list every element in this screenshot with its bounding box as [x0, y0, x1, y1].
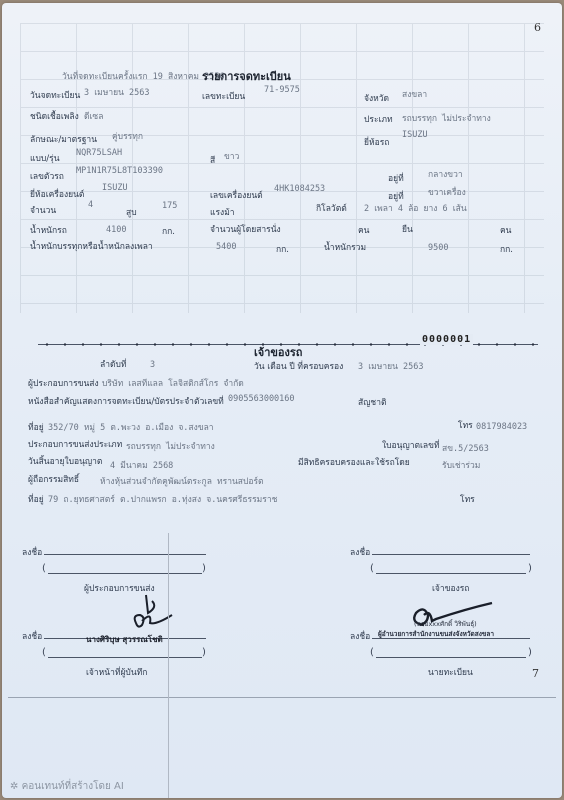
reg-date-label: วันจดทะเบียน — [30, 88, 80, 102]
seats-label: จำนวนผู้โดยสารนั่ง — [210, 222, 281, 236]
total-weight-value: 9500 — [428, 243, 448, 253]
operator-label: ผู้ประกอบการขนส่ง — [28, 376, 99, 390]
province-label: จังหวัด — [364, 91, 389, 105]
total-weight-unit: กก. — [500, 242, 513, 256]
phone-value: 0817984023 — [476, 422, 527, 432]
license-no-value: สข.5/2563 — [442, 441, 489, 455]
axles-value: 2 เพลา 4 ล้อ ยาง 6 เส้น — [364, 201, 467, 215]
model-label: แบบ/รุ่น — [30, 151, 60, 165]
plate-label: เลขทะเบียน — [202, 89, 245, 103]
operator-type-label: ประกอบการขนส่งประเภท — [28, 437, 122, 451]
serial-number: 0000001 — [420, 334, 473, 345]
count-label: จำนวน — [30, 203, 56, 217]
type-label: ประเภท — [364, 112, 393, 126]
type-value: รถบรรทุก ไม่ประจำทาง — [402, 111, 491, 125]
owner-address-value: 79 ถ.ยุทธศาสตร์ ต.ปากแพรก อ.ทุ่งสง จ.นคร… — [48, 492, 277, 506]
possession-date-value: 3 เมษายน 2563 — [358, 359, 424, 373]
kw-label: กิโลวัตต์ — [316, 201, 347, 215]
recorder-open-paren: ( — [42, 647, 46, 658]
recorder-close-paren: ) — [202, 647, 206, 658]
owner-name-value: ห้างหุ้นส่วนจำกัดคูพัฒน์ตระกูล ทรานสปอร์… — [100, 474, 264, 488]
owner-open-paren: ( — [370, 563, 374, 574]
license-no-label: ใบอนุญาตเลขที่ — [382, 438, 440, 452]
owner-sign-label: ลงชื่อ — [350, 545, 370, 559]
sequence-value: 3 — [150, 360, 155, 370]
seats-unit: คน — [358, 223, 370, 237]
document-page: 6 วันที่จดทะเบียนครั้งแรก 19 สิงหาคม 255… — [2, 3, 562, 798]
recorder-name-line — [48, 657, 202, 658]
possession-right-value: รับเช่าร่วม — [442, 458, 480, 472]
ai-watermark-text: คอนเทนท์ที่สร้างโดย AI — [22, 781, 124, 792]
sequence-label: ลำดับที่ — [100, 357, 127, 371]
id-label: หนังสือสำคัญแสดงการจดทะเบียน/บัตรประจำตั… — [28, 394, 224, 408]
operator-sign-label: ลงชื่อ — [22, 545, 42, 559]
horsepower-label: แรงม้า — [210, 205, 235, 219]
operator-type-value: รถบรรทุก ไม่ประจำทาง — [126, 439, 215, 453]
standard-label: ลักษณะ/มาตรฐาน — [30, 132, 97, 146]
cylinders-value: 4 — [88, 200, 93, 210]
standard-value: คู่บรรทุก — [112, 129, 143, 143]
color-value: ขาว — [224, 149, 239, 163]
id-value: 0905563000160 — [228, 394, 295, 404]
possession-right-label: มีสิทธิครอบครองและใช้รถโดย — [298, 455, 410, 469]
registrar-open-paren: ( — [370, 647, 374, 658]
page-bottom-rule — [8, 697, 556, 698]
engine-no-label: เลขเครื่องยนต์ — [210, 188, 263, 202]
recorder-name-stamp: นางศิริบุษ สุวรรณโชติ — [86, 633, 163, 646]
payload-value: 5400 — [216, 242, 236, 252]
address-label: ที่อยู่ — [28, 420, 44, 434]
weight-value: 4100 — [106, 225, 126, 235]
phone-label: โทร — [458, 418, 473, 432]
position1-value: กลางขวา — [428, 167, 463, 181]
registrar-stamp-title: ผู้อำนวยการสำนักงานขนส่งจังหวัดสงขลา — [378, 629, 494, 639]
owner-label: ผู้ถือกรรมสิทธิ์ — [28, 472, 79, 486]
sparkle-icon: ✲ — [10, 781, 18, 792]
engine-brand-value: ISUZU — [102, 183, 128, 193]
weight-label: น้ำหนักรถ — [30, 223, 67, 237]
license-expiry-value: 4 มีนาคม 2568 — [110, 458, 173, 472]
page-number-top: 6 — [534, 21, 541, 34]
cylinder-unit: สูบ — [126, 205, 137, 219]
engine-no-value: 4HK1084253 — [274, 184, 325, 194]
owner-close-paren: ) — [528, 563, 532, 574]
position1-label: อยู่ที่ — [388, 171, 404, 185]
owner-name-line — [376, 573, 526, 574]
license-expiry-label: วันสิ้นอายุใบอนุญาต — [28, 454, 102, 468]
operator-open-paren: ( — [42, 563, 46, 574]
fuel-value: ดีเซล — [84, 109, 103, 123]
operator-sign-line — [44, 554, 206, 555]
address-value: 352/70 หมู่ 5 ต.พะวง อ.เมือง จ.สงขลา — [48, 420, 214, 434]
engine-brand-label: ยี่ห้อเครื่องยนต์ — [30, 187, 84, 201]
reg-date-value: 3 เมษายน 2563 — [84, 85, 150, 99]
registrar-sign-label: ลงชื่อ — [350, 629, 370, 643]
weight-unit: กก. — [162, 224, 175, 238]
operator-close-paren: ) — [202, 563, 206, 574]
fuel-label: ชนิดเชื้อเพลิง — [30, 109, 79, 123]
owner-caption: เจ้าของรถ — [432, 581, 469, 595]
registrar-stamp-name: (นายxxxศักดิ์ วิริพันธุ์) — [414, 619, 477, 629]
total-weight-label: น้ำหนักรวม — [324, 240, 366, 254]
standing-label: ยืน — [402, 222, 413, 236]
owner-address-label: ที่อยู่ — [28, 492, 44, 506]
page-number-bottom: 7 — [532, 667, 539, 680]
payload-label: น้ำหนักบรรทุกหรือน้ำหนักลงเพลา — [30, 239, 153, 253]
province-value: สงขลา — [402, 87, 427, 101]
color-label: สี — [210, 153, 215, 167]
chassis-label: เลขตัวรถ — [30, 169, 64, 183]
owner-phone-label: โทร — [460, 492, 475, 506]
brand-value: ISUZU — [402, 130, 428, 140]
first-registration-label: วันที่จดทะเบียนครั้งแรก — [62, 72, 148, 82]
registrar-name-line — [376, 657, 526, 658]
cc-value: 175 — [162, 201, 177, 211]
owner-sign-line — [372, 554, 530, 555]
ai-watermark: ✲ คอนเทนท์ที่สร้างโดย AI — [10, 779, 124, 794]
plate-value: 71-9575 — [264, 85, 300, 95]
brand-label: ยี่ห้อรถ — [364, 135, 389, 149]
recorder-signature — [128, 593, 178, 633]
nationality-label: สัญชาติ — [358, 395, 387, 409]
operator-value: บริษัท เลสทีแลล โลจิสติกส์โกร จำกัด — [102, 376, 244, 390]
registration-title: รายการจดทะเบียน — [202, 67, 291, 85]
first-registration: วันที่จดทะเบียนครั้งแรก 19 สิงหาคม 2556 — [62, 69, 225, 83]
payload-unit: กก. — [276, 242, 289, 256]
operator-name-line — [48, 573, 202, 574]
recorder-sign-label: ลงชื่อ — [22, 629, 42, 643]
fold-crease — [168, 533, 169, 798]
recorder-caption: เจ้าหน้าที่ผู้บันทึก — [86, 665, 147, 679]
model-value: NQR75LSAH — [76, 148, 122, 158]
position2-value: ขวาเครื่อง — [428, 185, 466, 199]
registrar-close-paren: ) — [528, 647, 532, 658]
possession-date-label: วัน เดือน ปี ที่ครอบครอง — [254, 359, 343, 373]
chassis-value: MP1N1R75L8T103390 — [76, 166, 163, 176]
standing-unit: คน — [500, 223, 512, 237]
registrar-caption: นายทะเบียน — [428, 665, 473, 679]
